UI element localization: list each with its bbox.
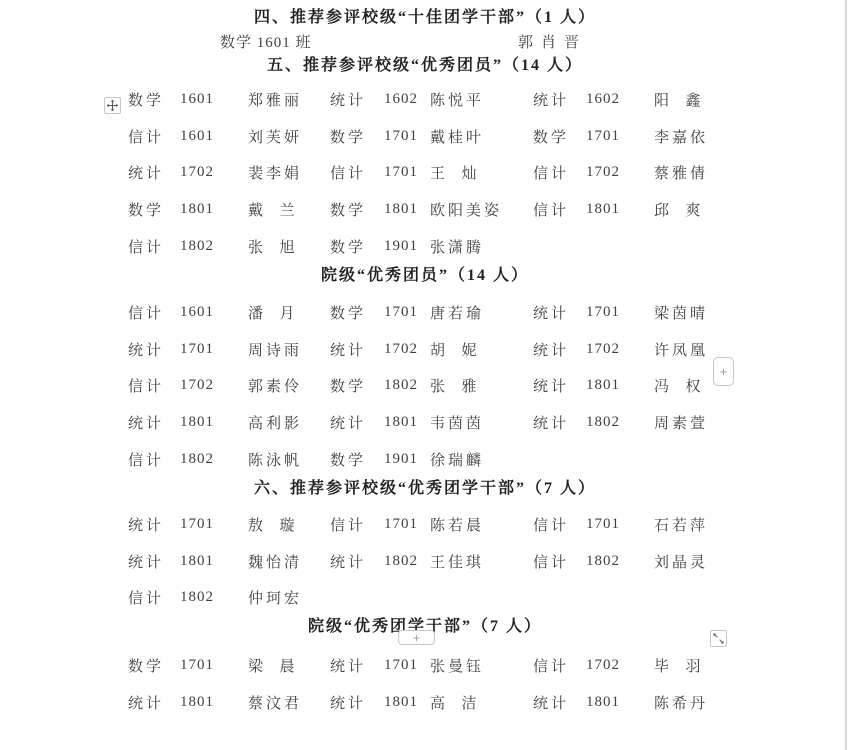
cell-class: 信计 bbox=[330, 162, 384, 183]
cell-class: 信计 bbox=[128, 449, 180, 470]
cell-class: 统计 bbox=[330, 655, 384, 676]
cell-name: 石若萍 bbox=[654, 514, 720, 535]
cell-name: 裴李娟 bbox=[248, 162, 330, 183]
cell-name: 刘芙妍 bbox=[248, 126, 330, 147]
cell-number: 1801 bbox=[586, 377, 654, 394]
table-row: 信计1601潘 月数学1701唐若瑜统计1701梁茵晴 bbox=[128, 294, 850, 331]
insert-row-button[interactable]: + bbox=[398, 630, 435, 645]
cell-number: 1802 bbox=[586, 414, 654, 431]
cell-name: 张 雅 bbox=[430, 375, 533, 396]
cell-number: 1701 bbox=[586, 304, 654, 321]
cell-class: 统计 bbox=[128, 162, 180, 183]
cell-name: 张潇腾 bbox=[430, 236, 533, 257]
cell-class: 信计 bbox=[533, 655, 586, 676]
cell-number: 1801 bbox=[180, 553, 248, 570]
cell-number: 1701 bbox=[180, 516, 248, 533]
cell-name: 李嘉依 bbox=[654, 126, 720, 147]
cell-class: 信计 bbox=[128, 126, 180, 147]
cell-number: 1901 bbox=[384, 451, 430, 468]
cell-class: 信计 bbox=[533, 551, 586, 572]
cell-number: 1801 bbox=[180, 414, 248, 431]
cell-name: 陈泳帆 bbox=[248, 449, 330, 470]
cell-class: 统计 bbox=[533, 692, 586, 713]
cell-number: 1701 bbox=[586, 516, 654, 533]
league-members-heading: 院级“优秀团员”（14 人） bbox=[0, 265, 850, 287]
cell-name: 张曼钰 bbox=[430, 655, 533, 676]
cell-number: 1701 bbox=[384, 304, 430, 321]
cell-name: 欧阳美姿 bbox=[430, 199, 533, 220]
cell-class: 统计 bbox=[533, 339, 586, 360]
cell-number: 1702 bbox=[586, 164, 654, 181]
cell-class: 数学 bbox=[330, 236, 384, 257]
cell-number: 1601 bbox=[180, 304, 248, 321]
cell-number: 1602 bbox=[586, 91, 654, 108]
cell-name: 阳 鑫 bbox=[654, 89, 720, 110]
cell-class: 信计 bbox=[533, 199, 586, 220]
cell-class: 数学 bbox=[330, 449, 384, 470]
cell-name: 梁茵晴 bbox=[654, 302, 720, 323]
cell-number: 1702 bbox=[180, 164, 248, 181]
cell-class: 统计 bbox=[330, 412, 384, 433]
cell-class: 统计 bbox=[128, 339, 180, 360]
cell-number: 1802 bbox=[180, 451, 248, 468]
cell-number: 1801 bbox=[586, 694, 654, 711]
cell-name: 周素萱 bbox=[654, 412, 720, 433]
cell-number: 1802 bbox=[180, 238, 248, 255]
cell-number: 1702 bbox=[384, 341, 430, 358]
cell-name: 郭肖晋 bbox=[518, 31, 587, 55]
cell-class: 统计 bbox=[533, 302, 586, 323]
cell-class: 信计 bbox=[533, 514, 586, 535]
cell-number: 1701 bbox=[384, 516, 430, 533]
cell-class: 数学 bbox=[128, 655, 180, 676]
insert-column-button[interactable]: + bbox=[713, 357, 734, 386]
cell-name: 王 灿 bbox=[430, 162, 533, 183]
cell-name: 毕 羽 bbox=[654, 655, 720, 676]
cell-name: 蔡雅倩 bbox=[654, 162, 720, 183]
cell-number: 1802 bbox=[384, 553, 430, 570]
cell-class: 统计 bbox=[330, 339, 384, 360]
cell-name: 高 洁 bbox=[430, 692, 533, 713]
page-edge-divider bbox=[845, 0, 847, 750]
cell-name: 陈希丹 bbox=[654, 692, 720, 713]
cell-name: 郑雅丽 bbox=[248, 89, 330, 110]
resize-icon bbox=[712, 632, 725, 645]
cell-name: 仲珂宏 bbox=[248, 587, 330, 608]
cell-number: 1802 bbox=[180, 589, 248, 606]
cell-class: 数学 bbox=[330, 375, 384, 396]
cell-number: 1701 bbox=[586, 128, 654, 145]
cell-number: 1901 bbox=[384, 238, 430, 255]
cell-class: 信计 bbox=[533, 162, 586, 183]
table-row: 统计1701敖 璇信计1701陈若晨信计1701石若萍 bbox=[128, 506, 850, 543]
cell-class: 信计 bbox=[128, 587, 180, 608]
cell-class: 统计 bbox=[128, 551, 180, 572]
table-row: 信计1802仲珂宏 bbox=[128, 580, 850, 617]
cell-class: 信计 bbox=[128, 302, 180, 323]
cell-name: 冯 权 bbox=[654, 375, 720, 396]
cell-class: 数学 bbox=[330, 199, 384, 220]
cell-name: 陈悦平 bbox=[430, 89, 533, 110]
table-row: 信计1601刘芙妍数学1701戴桂叶数学1701李嘉依 bbox=[128, 118, 850, 155]
cell-number: 1801 bbox=[180, 201, 248, 218]
table-move-handle[interactable] bbox=[104, 97, 121, 114]
cell-class: 数学 1601 班 bbox=[220, 31, 312, 55]
table-row: 数学1601郑雅丽统计1602陈悦平统计1602阳 鑫 bbox=[128, 81, 850, 118]
table-row: 数学1701梁 晨统计1701张曼钰信计1702毕 羽 bbox=[128, 647, 850, 684]
cell-number: 1801 bbox=[384, 414, 430, 431]
table-resize-handle[interactable] bbox=[710, 630, 727, 647]
table-row: 统计1801蔡汶君统计1801高 洁统计1801陈希丹 bbox=[128, 684, 850, 721]
table-row: 统计1702裴李娟信计1701王 灿信计1702蔡雅倩 bbox=[128, 155, 850, 192]
cell-number: 1602 bbox=[384, 91, 430, 108]
cell-name: 徐瑞麟 bbox=[430, 449, 533, 470]
table-row: 数学1801戴 兰数学1801欧阳美姿信计1801邱 爽 bbox=[128, 191, 850, 228]
cell-name: 王佳琪 bbox=[430, 551, 533, 572]
section4-heading: 四、推荐参评校级“十佳团学干部”（1 人） bbox=[0, 7, 850, 29]
cell-name: 敖 璇 bbox=[248, 514, 330, 535]
cell-name: 胡 妮 bbox=[430, 339, 533, 360]
cell-class: 数学 bbox=[330, 302, 384, 323]
cell-class: 统计 bbox=[128, 514, 180, 535]
cell-class: 统计 bbox=[533, 412, 586, 433]
cell-class: 信计 bbox=[330, 514, 384, 535]
cell-number: 1701 bbox=[180, 657, 248, 674]
section6-heading: 六、推荐参评校级“优秀团学干部”（7 人） bbox=[0, 478, 850, 500]
league-cadres-table: 数学1701梁 晨统计1701张曼钰信计1702毕 羽统计1801蔡汶君统计18… bbox=[128, 647, 850, 721]
table-row: 信计1702郭素伶数学1802张 雅统计1801冯 权 bbox=[128, 368, 850, 405]
cell-name: 蔡汶君 bbox=[248, 692, 330, 713]
section5-heading: 五、推荐参评校级“优秀团员”（14 人） bbox=[0, 55, 850, 77]
cell-class: 统计 bbox=[533, 375, 586, 396]
cell-number: 1702 bbox=[586, 341, 654, 358]
cell-number: 1702 bbox=[180, 377, 248, 394]
section6-table: 统计1701敖 璇信计1701陈若晨信计1701石若萍统计1801魏怡清统计18… bbox=[128, 506, 850, 616]
cell-name: 戴 兰 bbox=[248, 199, 330, 220]
cell-name: 韦茵茵 bbox=[430, 412, 533, 433]
cell-class: 数学 bbox=[128, 199, 180, 220]
table-row: 信计1802陈泳帆数学1901徐瑞麟 bbox=[128, 441, 850, 478]
cell-number: 1802 bbox=[586, 553, 654, 570]
table-row: 信计1802张 旭数学1901张潇腾 bbox=[128, 228, 850, 265]
cell-class: 统计 bbox=[128, 412, 180, 433]
cell-number: 1701 bbox=[384, 128, 430, 145]
league-members-table: 信计1601潘 月数学1701唐若瑜统计1701梁茵晴统计1701周诗雨统计17… bbox=[128, 294, 850, 478]
cell-name: 潘 月 bbox=[248, 302, 330, 323]
cell-class: 数学 bbox=[330, 126, 384, 147]
cell-name: 高利影 bbox=[248, 412, 330, 433]
table-row: 统计1701周诗雨统计1702胡 妮统计1702许凤凰 bbox=[128, 331, 850, 368]
cell-number: 1801 bbox=[384, 201, 430, 218]
cell-class: 统计 bbox=[330, 89, 384, 110]
table-row: 统计1801高利影统计1801韦茵茵统计1802周素萱 bbox=[128, 404, 850, 441]
cell-number: 1601 bbox=[180, 91, 248, 108]
cell-name: 周诗雨 bbox=[248, 339, 330, 360]
cell-name: 梁 晨 bbox=[248, 655, 330, 676]
cell-number: 1601 bbox=[180, 128, 248, 145]
table-row: 统计1801魏怡清统计1802王佳琪信计1802刘晶灵 bbox=[128, 543, 850, 580]
cell-class: 统计 bbox=[330, 692, 384, 713]
section4-row: 数学 1601 班 郭肖晋 bbox=[0, 31, 850, 55]
cell-name: 刘晶灵 bbox=[654, 551, 720, 572]
cell-name: 张 旭 bbox=[248, 236, 330, 257]
cell-class: 数学 bbox=[128, 89, 180, 110]
cell-name: 许凤凰 bbox=[654, 339, 720, 360]
cell-class: 数学 bbox=[533, 126, 586, 147]
plus-icon: + bbox=[413, 632, 420, 644]
move-icon bbox=[106, 99, 119, 112]
cell-class: 统计 bbox=[533, 89, 586, 110]
cell-class: 信计 bbox=[128, 236, 180, 257]
cell-name: 唐若瑜 bbox=[430, 302, 533, 323]
cell-number: 1702 bbox=[586, 657, 654, 674]
cell-class: 统计 bbox=[330, 551, 384, 572]
section5-table: 数学1601郑雅丽统计1602陈悦平统计1602阳 鑫信计1601刘芙妍数学17… bbox=[128, 81, 850, 265]
cell-class: 信计 bbox=[128, 375, 180, 396]
cell-name: 郭素伶 bbox=[248, 375, 330, 396]
cell-class: 统计 bbox=[128, 692, 180, 713]
cell-number: 1701 bbox=[384, 657, 430, 674]
cell-number: 1701 bbox=[384, 164, 430, 181]
cell-number: 1802 bbox=[384, 377, 430, 394]
cell-name: 陈若晨 bbox=[430, 514, 533, 535]
cell-name: 邱 爽 bbox=[654, 199, 720, 220]
cell-number: 1801 bbox=[384, 694, 430, 711]
cell-number: 1701 bbox=[180, 341, 248, 358]
plus-icon: + bbox=[720, 365, 728, 378]
cell-name: 戴桂叶 bbox=[430, 126, 533, 147]
cell-name: 魏怡清 bbox=[248, 551, 330, 572]
cell-number: 1801 bbox=[180, 694, 248, 711]
cell-number: 1801 bbox=[586, 201, 654, 218]
